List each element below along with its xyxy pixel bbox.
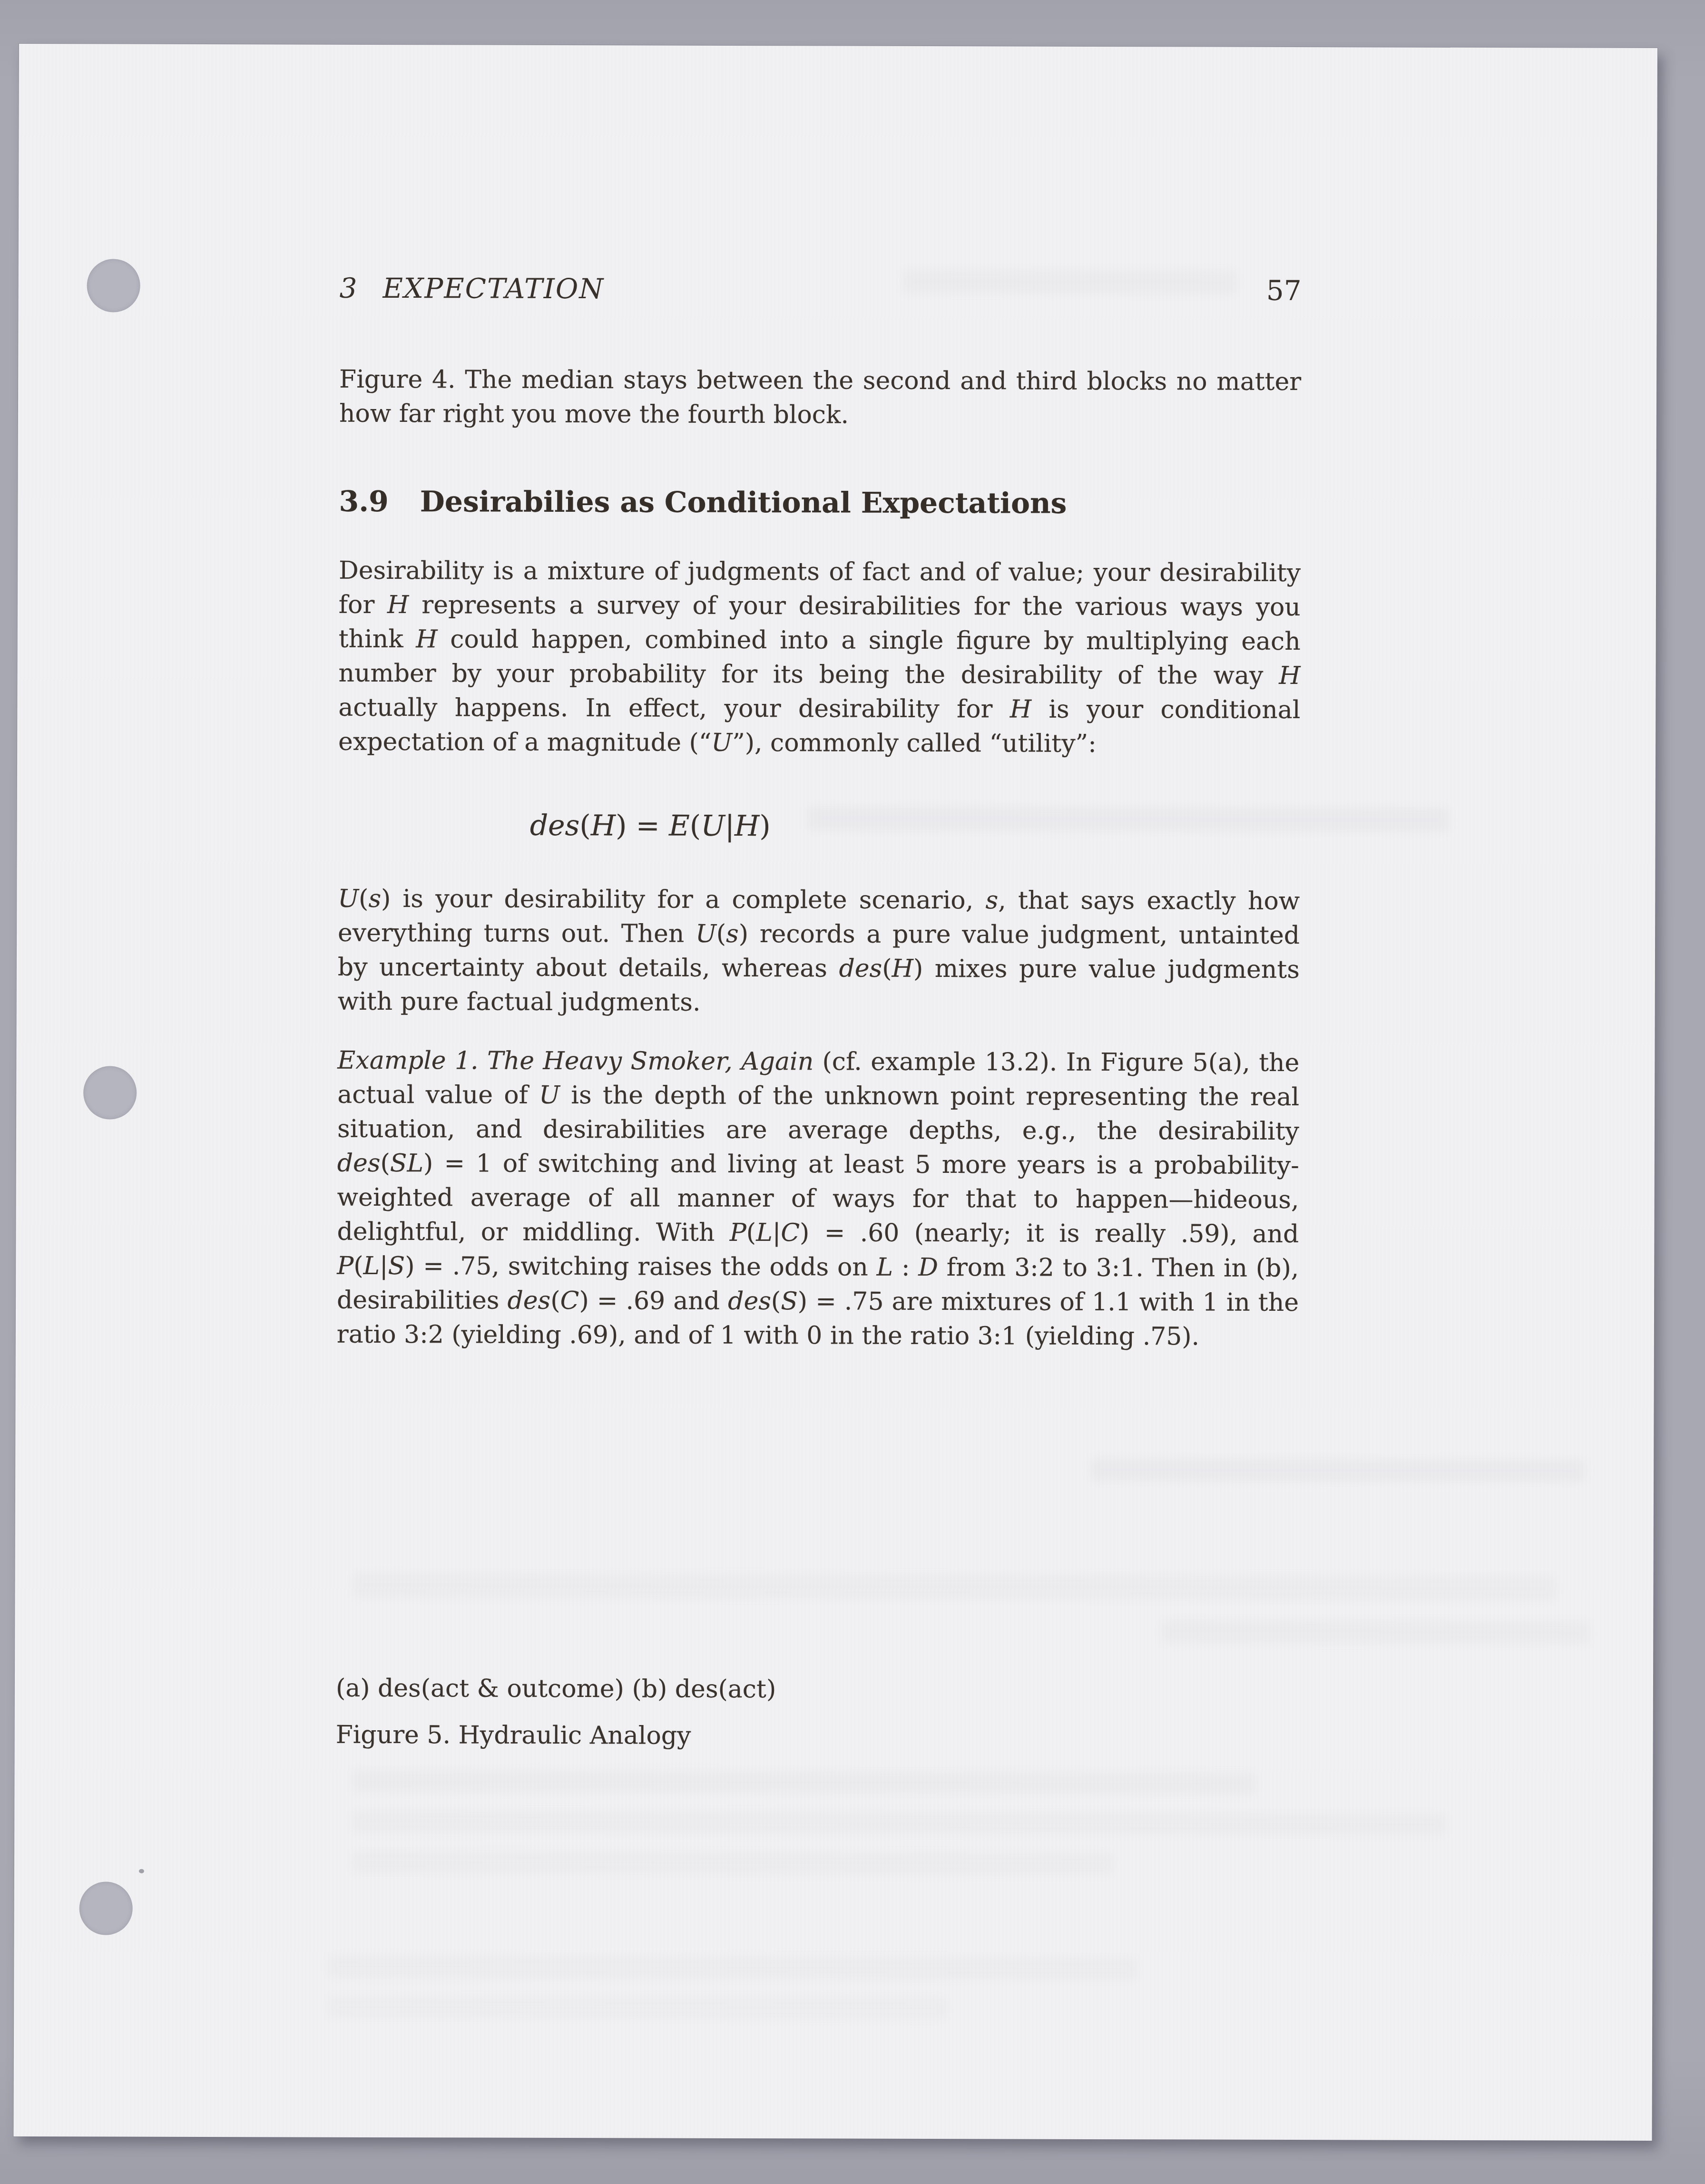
header-section-number: 3 xyxy=(340,272,357,304)
figure5-subcaption: (a) des(act & outcome) (b) des(act) xyxy=(336,1671,1298,1708)
scan-speck xyxy=(139,1869,144,1873)
paragraph-example1: Example 1. The Heavy Smoker, Again (cf. … xyxy=(337,1043,1300,1354)
showthrough-band xyxy=(352,1811,1446,1835)
hole-punch-bottom xyxy=(79,1882,133,1935)
page-number: 57 xyxy=(1266,274,1302,307)
header-section-title: EXPECTATION xyxy=(382,272,604,305)
figure5-caption: Figure 5. Hydraulic Analogy xyxy=(336,1718,1298,1755)
scanned-page: 3 EXPECTATION 57 Figure 4. The median st… xyxy=(13,44,1657,2141)
section-heading-title: Desirabilies as Conditional Expectations xyxy=(420,485,1067,520)
scanner-background: 3 EXPECTATION 57 Figure 4. The median st… xyxy=(0,0,1705,2184)
figure4-caption: Figure 4. The median stays between the s… xyxy=(339,362,1301,433)
section-heading-number: 3.9 xyxy=(339,485,389,518)
hole-punch-top xyxy=(87,259,140,312)
showthrough-band xyxy=(903,270,1236,294)
showthrough-band xyxy=(352,1851,1113,1875)
paragraph-utility: U(s) is your desirability for a complete… xyxy=(338,882,1300,1021)
hole-punch-middle xyxy=(83,1066,137,1119)
section-heading: 3.9 Desirabilies as Conditional Expectat… xyxy=(339,485,1301,521)
showthrough-band xyxy=(1090,1458,1585,1482)
paragraph-desirability: Desirability is a mixture of judgments o… xyxy=(338,554,1301,761)
showthrough-band xyxy=(328,1996,946,2019)
showthrough-band xyxy=(353,1573,1556,1601)
showthrough-band xyxy=(328,1956,1137,1979)
equation-des-H: des(H) = E(U|H) xyxy=(530,809,771,843)
showthrough-band xyxy=(352,1770,1256,1794)
showthrough-band xyxy=(807,806,1449,832)
showthrough-band xyxy=(1161,1620,1589,1644)
